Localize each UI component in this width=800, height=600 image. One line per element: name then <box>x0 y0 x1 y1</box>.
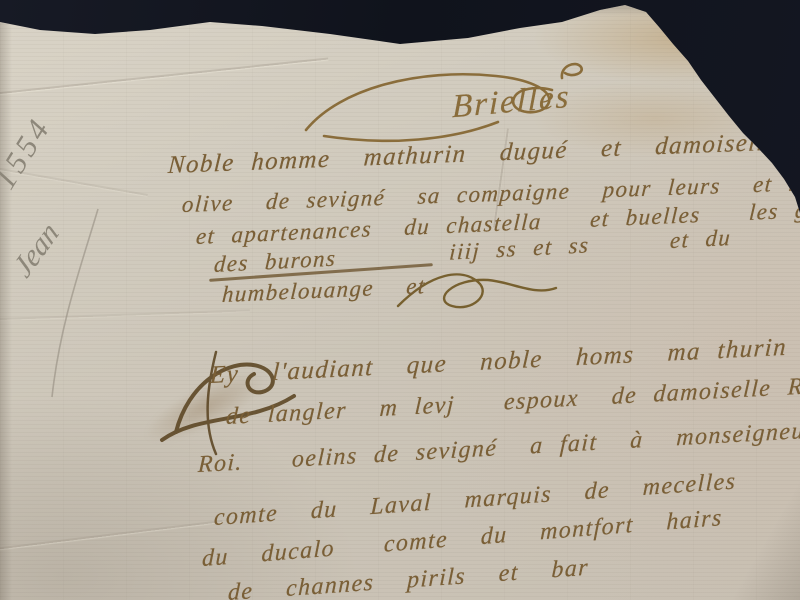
paper-crease <box>0 58 328 94</box>
manuscript-photo: 1554 Jean Brielles Noble homme mathurin … <box>0 0 800 600</box>
paper-crease <box>0 520 222 550</box>
margin-year-note: 1554 <box>0 110 59 195</box>
paper-crease <box>0 309 250 320</box>
manuscript-paper: 1554 Jean Brielles Noble homme mathurin … <box>0 0 800 600</box>
